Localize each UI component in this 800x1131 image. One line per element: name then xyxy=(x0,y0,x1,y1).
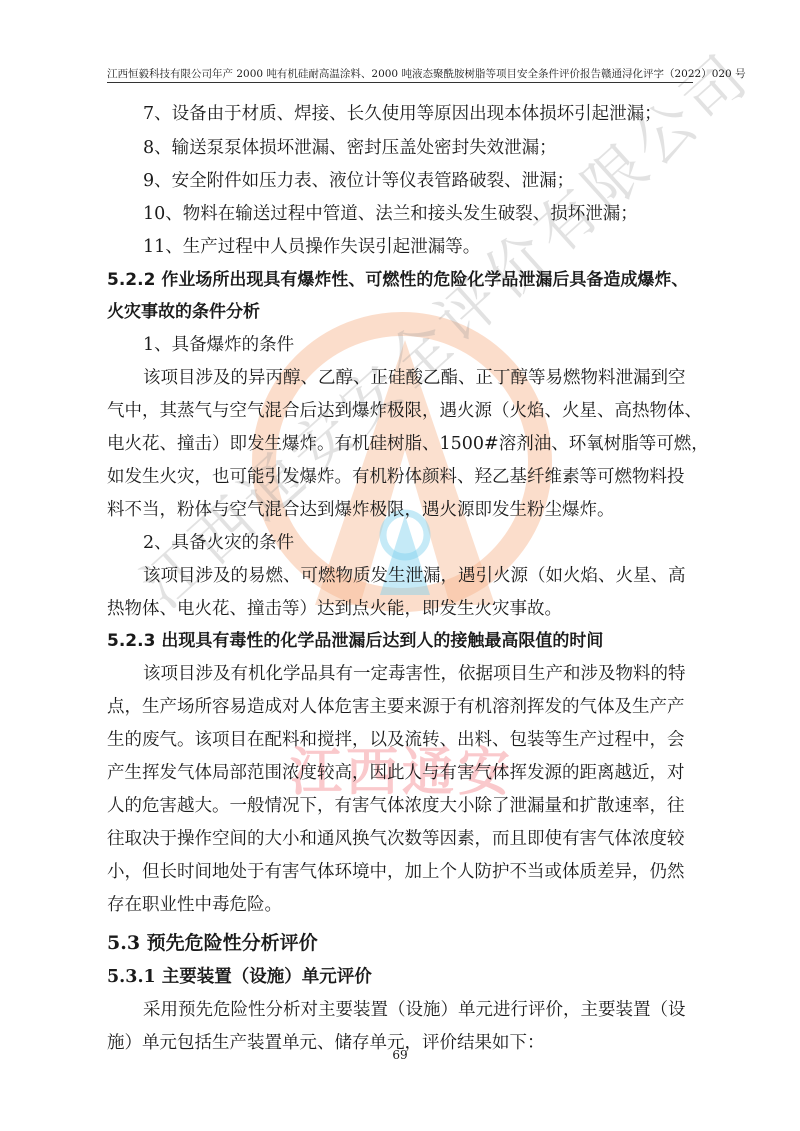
report-title: 江西恒毅科技有限公司年产 2000 吨有机硅耐高温涂料、2000 吨液态聚酰胺树… xyxy=(107,66,601,82)
paragraph-line: 生的废气。该项目在配料和搅拌，以及流转、出料、包装等生产过程中，会 xyxy=(107,726,685,754)
paragraph-line: 存在职业性中毒危险。 xyxy=(107,891,282,919)
list-item: 7、设备由于材质、焊接、长久使用等原因出现本体损坏引起泄漏； xyxy=(143,100,662,128)
paragraph-line: 小，但长时间地处于有害气体环境中，加上个人防护不当或体质差异，仍然 xyxy=(107,858,685,886)
list-item: 9、安全附件如压力表、液位计等仪表管路破裂、泄漏； xyxy=(143,167,574,195)
paragraph-line: 电火花、撞击）即发生爆炸。有机硅树脂、1500#溶剂油、环氧树脂等可燃， xyxy=(107,430,709,458)
paragraph-line: 采用预先危险性分析对主要装置（设施）单元进行评价，主要装置（设 xyxy=(143,996,686,1024)
section-heading-5-2-2-cont: 火灾事故的条件分析 xyxy=(107,298,260,326)
paragraph-line: 该项目涉及有机化学品具有一定毒害性，依据项目生产和涉及物料的特 xyxy=(143,660,686,688)
section-heading-5-3-1: 5.3.1 主要装置（设施）单元评价 xyxy=(107,963,372,991)
paragraph-line: 如发生火灾，也可能引发爆炸。有机粉体颜料、羟乙基纤维素等可燃物料投 xyxy=(107,463,685,491)
page-header: 江西恒毅科技有限公司年产 2000 吨有机硅耐高温涂料、2000 吨液态聚酰胺树… xyxy=(107,66,693,83)
list-item: 11、生产过程中人员操作失误引起泄漏等。 xyxy=(143,233,480,261)
paragraph-line: 往取决于操作空间的大小和通风换气次数等因素，而且即使有害气体浓度较 xyxy=(107,825,685,853)
subheading-explosion-conditions: 1、具备爆炸的条件 xyxy=(143,331,294,359)
paragraph-line: 气中，其蒸气与空气混合后达到爆炸极限，遇火源（火焰、火星、高热物体、 xyxy=(107,397,702,425)
section-heading-5-2-2: 5.2.2 作业场所出现具有爆炸性、可燃性的危险化学品泄漏后具备造成爆炸、 xyxy=(107,266,688,294)
paragraph-line: 该项目涉及的易燃、可燃物质发生泄漏，遇引火源（如火焰、火星、高 xyxy=(143,562,686,590)
page-number: 69 xyxy=(0,1048,800,1062)
section-heading-5-3: 5.3 预先危险性分析评价 xyxy=(107,929,318,957)
document-page: 江西通安安全评价有限公司 江西通安 江西恒毅科技有限公司年产 2000 吨有机硅… xyxy=(0,0,800,1131)
paragraph-line: 料不当，粉体与空气混合达到爆炸极限，遇火源即发生粉尘爆炸。 xyxy=(107,496,615,524)
section-heading-5-2-3: 5.2.3 出现具有毒性的化学品泄漏后达到人的接触最高限值的时间 xyxy=(107,627,603,655)
report-number: 赣通浔化评字（2022）020 号 xyxy=(601,66,746,82)
list-item: 10、物料在输送过程中管道、法兰和接头发生破裂、损坏泄漏； xyxy=(143,200,638,228)
subheading-fire-conditions: 2、具备火灾的条件 xyxy=(143,529,294,557)
paragraph-line: 人的危害越大。一般情况下，有害气体浓度大小除了泄漏量和扩散速率，往 xyxy=(107,792,685,820)
paragraph-line: 产生挥发气体局部范围浓度较高，因此人与有害气体挥发源的距离越近，对 xyxy=(107,759,685,787)
paragraph-line: 热物体、电火花、撞击等）达到点火能，即发生火灾事故。 xyxy=(107,595,562,623)
paragraph-line: 该项目涉及的异丙醇、乙醇、正硅酸乙酯、正丁醇等易燃物料泄漏到空 xyxy=(143,364,686,392)
list-item: 8、输送泵泵体损坏泄漏、密封压盖处密封失效泄漏； xyxy=(143,134,557,162)
paragraph-line: 点，生产场所容易造成对人体危害主要来源于有机溶剂挥发的气体及生产产 xyxy=(107,693,685,721)
